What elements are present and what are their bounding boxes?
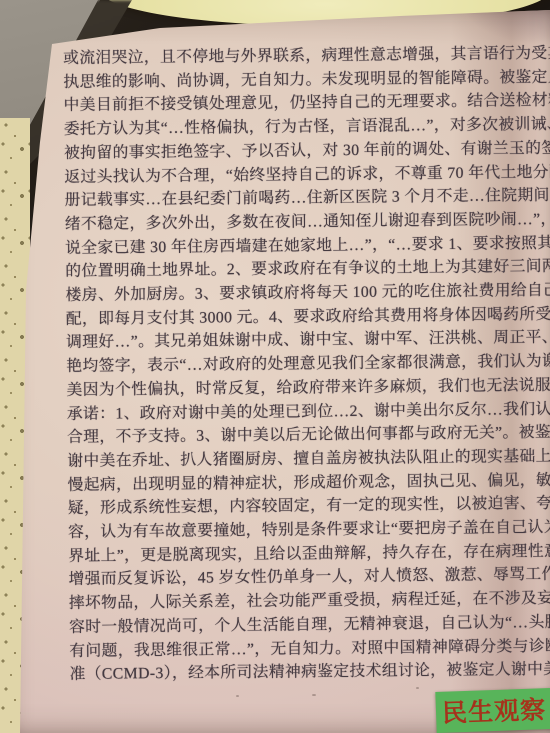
text-line: 的位置明确土地界址。2、要求政府在有争议的土地上为其建好三间两层 [65,255,527,284]
text-line: 册记载事实…在县纪委门前喝药…住新区医院 3 个月不走…住院期间其情 [64,184,526,213]
text-line: 界址上”，更是脱离现实，且给以歪曲辩解，持久存在，存在病理性意志 [68,540,530,569]
paper-speck [236,695,239,697]
text-line: 谢中美在乔址、扒人猪圈厨房、擅自盖房被执法队阻止的现实基础上，缓 [67,445,529,474]
text-line: 委托方认为其“…性格偏执，行为古怪，言语混乱…”，对多次被训诫、 [64,113,526,142]
text-line: 配，即每月支付其 3000 元。4、要求政府给其费用将身体因喝药所受的伤 [66,303,528,332]
text-line: 艳均签字，表示“…对政府的处理意见我们全家都很满意，我们认为谢中 [66,350,528,379]
text-line: 承诺：1、政府对谢中美的处理已到位…2、谢中美出尔反尔…我们认为不 [67,398,529,427]
text-line: 有问题，我思维很正常…”，无自知力。对照中国精神障碍分类与诊断标 [69,635,531,664]
watermark-label: 民生观察 [442,697,547,728]
text-line: 调理好…”。其兄弟姐妹谢中成、谢中宝、谢中军、汪洪桃、周正平、周 [66,327,528,356]
text-line: 合理，不予支持。3、谢中美以后无论做出何事都与政府无关”。被鉴定人 [67,421,529,450]
text-line: 增强而反复诉讼，45 岁女性仍单身一人，对人愤怒、激惹、辱骂工作人员、 [68,564,530,593]
text-line: 美因为个性偏执，时常反复，给政府带来许多麻烦，我们也无法说服她… [66,374,528,403]
paper-speck [312,694,316,696]
text-line: 楼房、外加厨房。3、要求镇政府将每天 100 元的吃住旅社费用给自己支 [65,279,527,308]
text-line: 摔坏物品，人际关系差，社会功能严重受损，病程迁延，在不涉及妄想内 [69,587,531,616]
watermark-badge: 民生观察 [435,688,550,733]
document-text: 或流泪哭泣，且不停地与外界联系，病理性意志增强，其言语行为受其偏执思维的影响、尚… [63,42,532,687]
text-line: 返过头找认为不合理，“始终坚持自己的诉求，不尊重 70 年代土地分配账 [64,161,526,190]
text-line: 慢起病，出现明显的精神症状，形成超价观念，固执己见、偏见，敏感多 [67,469,529,498]
text-line: 绪不稳定，多次外出，多数在夜间…通知侄儿谢迎春到医院吵闹…”，“硬 [65,208,527,237]
text-line: 容，认为有车故意要撞她，特别是条件要求让“要把房子盖在自己认为的 [68,516,530,545]
text-line: 或流泪哭泣，且不停地与外界联系，病理性意志增强，其言语行为受其偏 [63,42,525,71]
text-line: 疑，形成系统性妄想，内容较固定，有一定的现实性，以被迫害、夸大内 [68,492,530,521]
document-page: 或流泪哭泣，且不停地与外界联系，病理性意志增强，其言语行为受其偏执思维的影响、尚… [0,0,550,733]
paper-speck [523,191,527,193]
paper-speck [416,687,419,689]
text-line: 被拘留的事实拒绝签字、予以否认，对 30 年前的调处、有谢兰玉的签字， [64,137,526,166]
text-line: 执思维的影响、尚协调，无自知力。未发现明显的智能障碍。被鉴定人谢 [63,66,525,95]
text-line: 说全家已建 30 年住房西墙建在她家地上…”，“…要求 1、要求按照其指定 [65,232,527,261]
text-line: 容时一般情况尚可，个人生活能自理，无精神衰退，自己认为“…头脑没 [69,611,531,640]
photo-scene: 或流泪哭泣，且不停地与外界联系，病理性意志增强，其言语行为受其偏执思维的影响、尚… [0,0,550,733]
text-line: 准（CCMD-3），经本所司法精神病鉴定技术组讨论，被鉴定人谢中美符合 [69,658,531,687]
text-line: 中美目前拒不接受镇处理意见，仍坚持自己的无理要求。结合送检材料： [63,90,525,119]
